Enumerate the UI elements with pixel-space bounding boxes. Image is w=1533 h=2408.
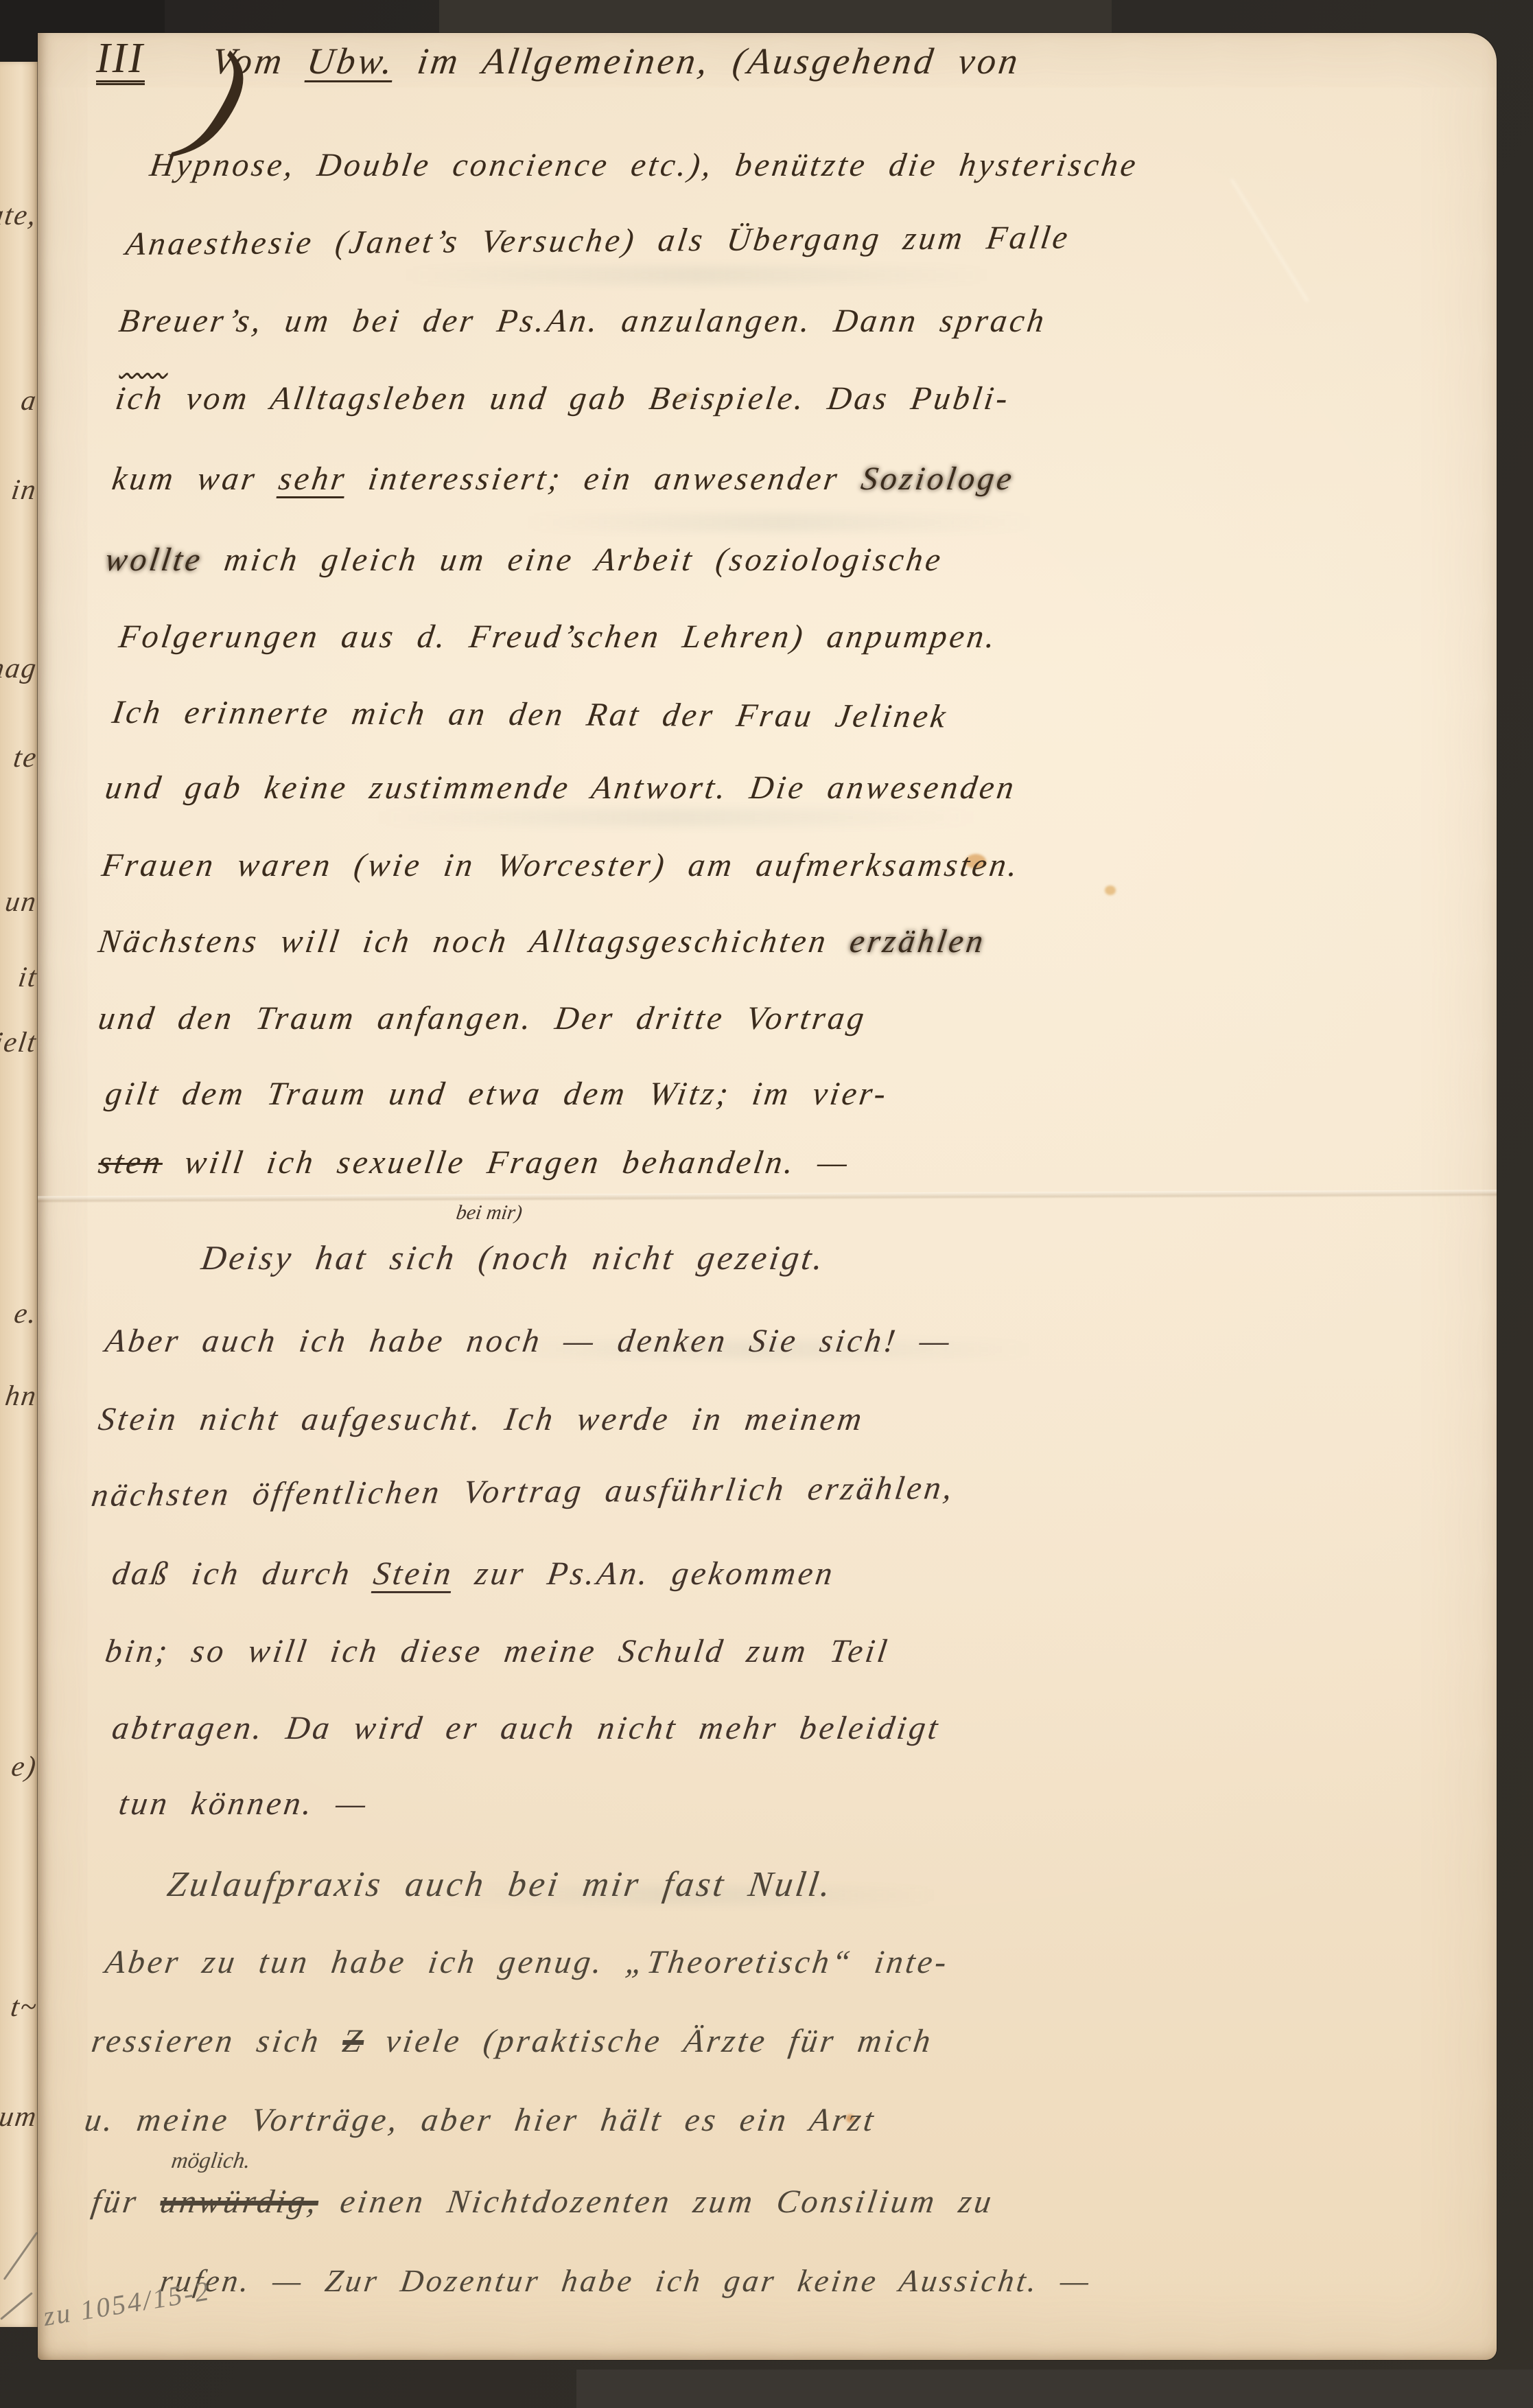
manuscript-line: wollte mich gleich um eine Arbeit (sozio… bbox=[103, 541, 946, 579]
text-run: nicht gezeigt. bbox=[568, 1238, 828, 1277]
underlying-page-edge: ate, a in hag te un it hielt e. hn e) t~… bbox=[0, 62, 38, 2327]
manuscript-scan: { "colors":{"paper":"#f3e3cb","ink":"#3a… bbox=[0, 0, 1533, 2408]
text-run: Vom bbox=[209, 40, 310, 82]
manuscript-line: gilt dem Traum und etwa dem Witz; im vie… bbox=[103, 1075, 891, 1113]
manuscript-line: Aber zu tun habe ich genug. „Theoretisch… bbox=[103, 1943, 952, 1981]
text-run: tun können. — bbox=[117, 1785, 371, 1822]
letter-page: III ) Vom Ubw. im Allgemeinen, (Ausgehen… bbox=[38, 33, 1497, 2360]
manuscript-line: Hypnose, Double concience etc.), benützt… bbox=[148, 146, 1140, 184]
margin-fragment: te bbox=[11, 741, 38, 774]
manuscript-line: sten will ich sexuelle Fragen behandeln.… bbox=[96, 1144, 852, 1181]
text-run: Stein nicht aufgesucht. Ich werde in mei… bbox=[96, 1401, 867, 1437]
manuscript-line: und den Traum anfangen. Der dritte Vortr… bbox=[96, 999, 869, 1037]
margin-fragment: in bbox=[10, 474, 38, 507]
stain-mark bbox=[1105, 885, 1116, 895]
text-run: und gab keine zustimmende Antwort. Die a… bbox=[103, 769, 1018, 806]
text-run: nächsten öffentlichen Vortrag ausführlic… bbox=[89, 1470, 957, 1514]
text-run: zur Ps.An. gekommen bbox=[451, 1555, 837, 1592]
text-run: will ich sexuelle Fragen behandeln. — bbox=[160, 1144, 852, 1181]
page-number: III bbox=[96, 34, 145, 83]
inked-word: wollte bbox=[103, 542, 205, 578]
manuscript-line: Aber auch ich habe noch — denken Sie sic… bbox=[103, 1322, 955, 1360]
manuscript-line: Frauen waren (wie in Worcester) am aufme… bbox=[100, 846, 1022, 884]
text-run: Hypnose, Double concience etc.), benützt… bbox=[148, 147, 1140, 183]
interline-insertion: möglich. bbox=[169, 2149, 252, 2174]
text-run: bin; so will ich diese meine Schuld zum … bbox=[103, 1633, 892, 1669]
text-run: vom Alltagsleben und gab Beispiele. Das … bbox=[162, 380, 1013, 417]
background-top-band bbox=[439, 0, 1112, 34]
struck-word: unwürdig, bbox=[158, 2184, 321, 2220]
text-run: Zulaufpraxis auch bei mir fast Null. bbox=[165, 1865, 835, 1904]
text-run: einen Nichtdozenten zum Consilium zu bbox=[316, 2184, 996, 2220]
margin-fragment: hielt bbox=[0, 1026, 38, 1059]
page-number-block: III ) bbox=[96, 34, 145, 83]
margin-fragment: ate, bbox=[0, 199, 38, 232]
underlined-word: Ubw. bbox=[305, 40, 398, 82]
manuscript-line: nächsten öffentlichen Vortrag ausführlic… bbox=[89, 1469, 957, 1514]
text-run: im Allgemeinen, (Ausgehend von bbox=[392, 40, 1023, 82]
margin-fragment: e. bbox=[12, 1297, 38, 1330]
manuscript-line: Stein nicht aufgesucht. Ich werde in mei… bbox=[96, 1400, 867, 1438]
margin-fragment: hn bbox=[3, 1380, 38, 1413]
text-run: gilt dem Traum und etwa dem Witz; im vie… bbox=[103, 1076, 891, 1112]
overstruck-word: ich bbox=[113, 380, 167, 417]
manuscript-line: bin; so will ich diese meine Schuld zum … bbox=[103, 1632, 892, 1670]
manuscript-line: Folgerungen aus d. Freud’schen Lehren) a… bbox=[117, 618, 1000, 656]
fold-crease bbox=[1230, 178, 1309, 302]
text-run: und den Traum anfangen. Der dritte Vortr… bbox=[96, 1000, 869, 1037]
text-run: viele (praktische Ärzte für mich bbox=[362, 2023, 936, 2059]
manuscript-line: daß ich durch Stein zur Ps.An. gekommen bbox=[110, 1555, 837, 1593]
ink-bleedthrough bbox=[395, 266, 998, 284]
fold-crease bbox=[38, 1190, 1497, 1203]
text-run: für bbox=[89, 2184, 163, 2220]
manuscript-line: Nächstens will ich noch Alltagsgeschicht… bbox=[96, 923, 988, 960]
pencil-stroke bbox=[3, 2232, 38, 2280]
manuscript-line: Anaesthesie (Janet’s Versuche) als Überg… bbox=[124, 218, 1073, 263]
manuscript-line: tun können. — bbox=[117, 1785, 371, 1822]
manuscript-line: ich vom Alltagsleben und gab Beispiele. … bbox=[113, 380, 1013, 417]
margin-fragment: t~ bbox=[8, 1991, 38, 2024]
text-run: mich gleich um eine Arbeit (soziologisch… bbox=[200, 542, 945, 578]
margin-fragment: e) bbox=[10, 1750, 38, 1783]
text-run: abtragen. Da wird er auch nicht mehr bel… bbox=[110, 1710, 943, 1746]
pencil-stroke bbox=[0, 2292, 33, 2320]
manuscript-line: rufen. — Zur Dozentur habe ich gar keine… bbox=[158, 2262, 1094, 2299]
margin-fragment: a bbox=[19, 384, 38, 417]
text-run: Nächstens will ich noch Alltagsgeschicht… bbox=[96, 923, 852, 960]
ink-bleedthrough bbox=[518, 513, 1040, 531]
margin-fragment: hag bbox=[0, 652, 38, 685]
inked-word: Soziologe bbox=[859, 461, 1017, 497]
text-run: interessiert; ein anwesender bbox=[344, 461, 864, 497]
underlined-word: sehr bbox=[277, 461, 349, 497]
manuscript-line: kum war sehr interessiert; ein anwesende… bbox=[110, 460, 1017, 498]
underlined-word: Stein bbox=[371, 1555, 456, 1592]
text-run: Folgerungen aus d. Freud’schen Lehren) a… bbox=[117, 618, 1000, 655]
text-run: Breuer’s, um bei der Ps.An. anzulangen. … bbox=[117, 303, 1049, 339]
manuscript-line: und gab keine zustimmende Antwort. Die a… bbox=[103, 769, 1019, 807]
manuscript-line: Vom Ubw. im Allgemeinen, (Ausgehend von bbox=[209, 40, 1023, 82]
manuscript-line: Zulaufpraxis auch bei mir fast Null. bbox=[165, 1864, 836, 1905]
text-run: daß ich durch bbox=[110, 1555, 376, 1592]
text-run: u. meine Vorträge, aber hier hält es ein… bbox=[82, 2102, 878, 2138]
background-bottom-panel bbox=[576, 2370, 1533, 2408]
inked-word: erzählen bbox=[847, 923, 988, 960]
interline-insertion: bei mir) bbox=[455, 1201, 524, 1225]
text-run: kum war bbox=[110, 461, 281, 497]
text-run: Ich erinnerte mich an den Rat der Frau J… bbox=[110, 694, 950, 734]
manuscript-line: Breuer’s, um bei der Ps.An. anzulangen. … bbox=[117, 302, 1049, 340]
ink-bleedthrough bbox=[367, 809, 985, 826]
manuscript-line: ressieren sich Z viele (praktische Ärzte… bbox=[89, 2022, 935, 2060]
manuscript-line: u. meine Vorträge, aber hier hält es ein… bbox=[82, 2101, 878, 2139]
text-run: Deisy hat sich (noch bbox=[199, 1238, 573, 1277]
text-run: Aber auch ich habe noch — denken Sie sic… bbox=[103, 1323, 955, 1359]
manuscript-line: Deisy hat sich (noch nicht gezeigt. bbox=[199, 1238, 828, 1277]
margin-fragment: um bbox=[0, 2100, 38, 2133]
text-run: Anaesthesie (Janet’s Versuche) als Überg… bbox=[124, 219, 1073, 262]
text-run: rufen. — Zur Dozentur habe ich gar keine… bbox=[158, 2263, 1094, 2298]
text-run: Aber zu tun habe ich genug. „Theoretisch… bbox=[103, 1944, 951, 1980]
manuscript-line: Ich erinnerte mich an den Rat der Frau J… bbox=[110, 693, 950, 735]
manuscript-line: abtragen. Da wird er auch nicht mehr bel… bbox=[110, 1709, 943, 1747]
struck-word: sten bbox=[96, 1144, 165, 1181]
margin-fragment: it bbox=[16, 961, 38, 994]
manuscript-line: für unwürdig, einen Nichtdozenten zum Co… bbox=[89, 2183, 996, 2221]
text-run: Frauen waren (wie in Worcester) am aufme… bbox=[100, 847, 1022, 883]
text-run: ressieren sich bbox=[89, 2023, 345, 2059]
margin-fragment: un bbox=[3, 885, 38, 918]
